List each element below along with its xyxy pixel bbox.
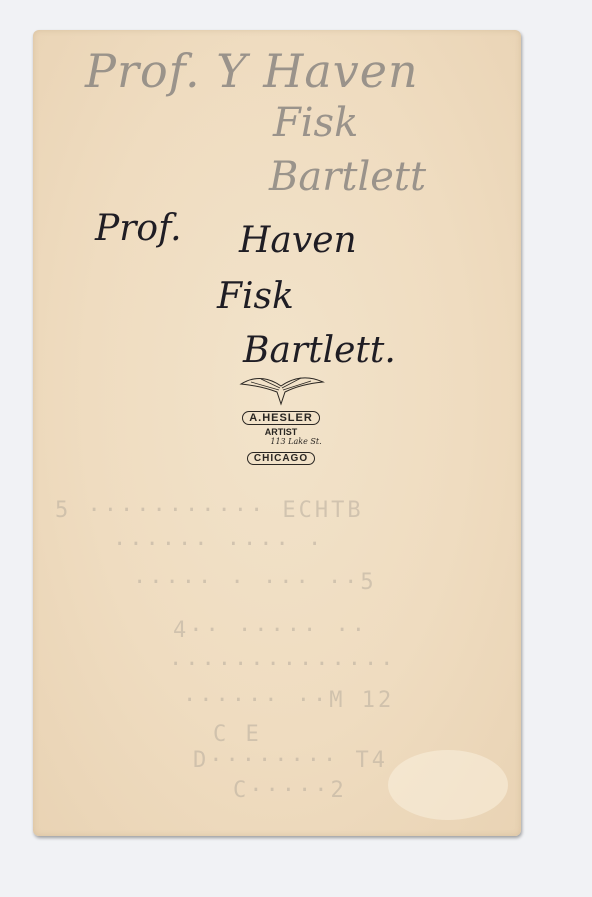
pencil-note-line-2: Fisk [273,100,358,146]
ink-note-line-3: Fisk [217,276,294,317]
faint-line-6: ······ ··M 12 [183,688,394,713]
pencil-note-line-1: Prof. Y Haven [85,44,419,98]
faint-line-4: 4·· ····· ·· [173,618,368,643]
ink-note-line-2: Haven [239,220,357,261]
stamp-name: A.HESLER [242,411,320,425]
faint-line-7: C E [213,722,262,747]
stamp-address: 113 Lake St. [251,437,341,446]
faint-line-8: D········ T4 [193,748,388,773]
pencil-note-line-3: Bartlett [269,154,426,200]
ink-note-line-1: Prof. [95,208,182,249]
faint-line-2: ······ ···· · [113,532,324,557]
water-stain [388,750,508,820]
faint-line-3: ····· · ··· ··5 [133,570,377,595]
faint-line-5: ·············· [169,652,396,677]
stamp-city: CHICAGO [247,452,315,465]
faint-line-9: C·····2 [233,778,347,803]
ink-note-line-4: Bartlett. [243,330,396,371]
stamp-role: ARTIST [221,427,341,437]
photographer-stamp: A.HESLER ARTIST 113 Lake St. CHICAGO [221,370,341,478]
photo-card-back: Prof. Y Haven Fisk Bartlett Prof. Haven … [33,30,521,836]
faint-line-1: 5 ··········· ECHTB [55,498,364,523]
eagle-icon [231,370,331,406]
